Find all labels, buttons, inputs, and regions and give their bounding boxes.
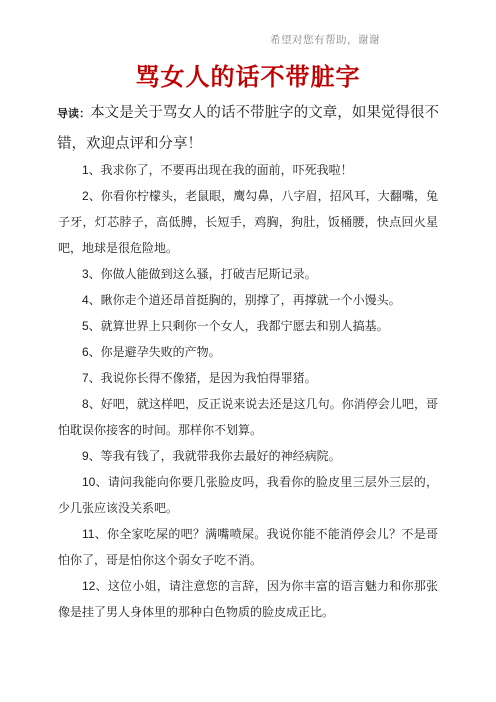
list-item-4: 4、瞅你走个道还昂首挺胸的，别撑了，再撑就一个小馒头。: [58, 287, 438, 313]
list-item-11: 11、你全家吃屎的吧？满嘴喷屎。我说你能不能消停会儿？不是哥怕你了，哥是怕你这个…: [58, 521, 438, 573]
list-item-8: 8、好吧，就这样吧，反正说来说去还是这几句。你消停会儿吧，哥怕耽误你接客的时间。…: [58, 391, 438, 443]
list-item-7: 7、我说你长得不像猪，是因为我怕得罪猪。: [58, 365, 438, 391]
list-item-6: 6、你是避孕失败的产物。: [58, 339, 438, 365]
list-item-9: 9、等我有钱了，我就带我你去最好的神经病院。: [58, 443, 438, 469]
list-item-3: 3、你做人能做到这么骚，打破吉尼斯记录。: [58, 261, 438, 287]
list-item-10: 10、请问我能向你要几张脸皮吗，我看你的脸皮里三层外三层的，少几张应该没关系吧。: [58, 469, 438, 521]
page-title: 骂女人的话不带脏字: [0, 0, 496, 94]
list-item-5: 5、就算世界上只剩你一个女人，我都宁愿去和别人搞基。: [58, 313, 438, 339]
list-item-1: 1、我求你了，不要再出现在我的面前，吓死我啦！: [58, 157, 438, 183]
header-note: 希望对您有帮助，谢谢: [270, 32, 380, 47]
document-page: 希望对您有帮助，谢谢 骂女人的话不带脏字 导读：本文是关于骂女人的话不带脏字的文…: [0, 0, 496, 702]
intro-paragraph: 导读：本文是关于骂女人的话不带脏字的文章，如果觉得很不错，欢迎点评和分享！: [57, 98, 439, 159]
list-item-2: 2、你看你柠檬头，老鼠眼，鹰勾鼻，八字眉，招风耳，大翻嘴，兔子牙，灯芯脖子，高低…: [58, 183, 438, 261]
lead-label: 导读：: [57, 108, 90, 120]
list-body: 1、我求你了，不要再出现在我的面前，吓死我啦！ 2、你看你柠檬头，老鼠眼，鹰勾鼻…: [58, 157, 438, 625]
intro-text: 本文是关于骂女人的话不带脏字的文章，如果觉得很不错，欢迎点评和分享！: [57, 105, 439, 152]
list-item-12: 12、这位小姐，请注意您的言辞，因为你丰富的语言魅力和你那张像是挂了男人身体里的…: [58, 573, 438, 625]
